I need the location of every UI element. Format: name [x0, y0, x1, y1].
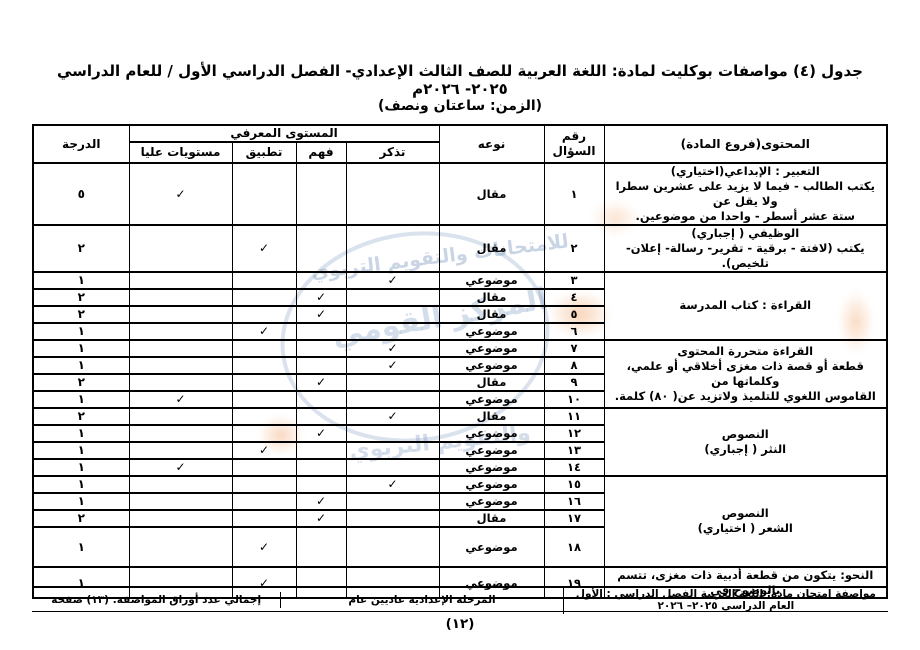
question-type-cell: مقال	[439, 374, 544, 391]
level-application-cell: ✓	[232, 225, 296, 272]
level-recall-cell	[346, 289, 439, 306]
level-application-cell	[232, 340, 296, 357]
level-comprehension-cell: ✓	[296, 306, 346, 323]
level-higher-levels-cell	[129, 289, 232, 306]
level-recall-cell	[346, 493, 439, 510]
level-comprehension-cell	[296, 163, 346, 225]
question-type-cell: مقال	[439, 306, 544, 323]
header-higher-levels: مستويات عليا	[129, 142, 232, 163]
level-application-cell	[232, 163, 296, 225]
level-application-cell	[232, 272, 296, 289]
degree-cell: ٢	[33, 374, 129, 391]
level-higher-levels-cell	[129, 527, 232, 567]
degree-cell: ٢	[33, 289, 129, 306]
degree-cell: ١	[33, 493, 129, 510]
question-number-cell: ٢	[544, 225, 604, 272]
table-row: الوظيفي ( إجباري)يكتب (لافتة - برقية - ت…	[33, 225, 887, 272]
question-type-cell: موضوعي	[439, 272, 544, 289]
level-recall-cell	[346, 391, 439, 408]
content-line: النصوص	[608, 427, 884, 442]
content-cell: التعبير : الإبداعي(اختياري)يكتب الطالب -…	[604, 163, 887, 225]
level-application-cell: ✓	[232, 527, 296, 567]
question-number-cell: ٨	[544, 357, 604, 374]
level-comprehension-cell	[296, 527, 346, 567]
exam-duration: (الزمن: ساعتان ونصف)	[0, 98, 920, 114]
question-number-cell: ١٣	[544, 442, 604, 459]
content-line: النصوص	[608, 506, 884, 521]
level-higher-levels-cell	[129, 493, 232, 510]
header-degree: الدرجة	[33, 125, 129, 163]
question-number-cell: ٧	[544, 340, 604, 357]
level-higher-levels-cell: ✓	[129, 391, 232, 408]
level-recall-cell: ✓	[346, 408, 439, 425]
level-higher-levels-cell: ✓	[129, 459, 232, 476]
level-higher-levels-cell	[129, 340, 232, 357]
question-type-cell: موضوعي	[439, 527, 544, 567]
degree-cell: ١	[33, 425, 129, 442]
degree-cell: ١	[33, 476, 129, 493]
question-type-cell: مقال	[439, 510, 544, 527]
level-application-cell: ✓	[232, 442, 296, 459]
content-cell: النصوصالنثر ( إجباري)	[604, 408, 887, 476]
level-application-cell	[232, 476, 296, 493]
footer-spec-info: مواصفة امتحان مادة: اللغة العربية الفصل …	[563, 586, 888, 614]
question-type-cell: موضوعي	[439, 340, 544, 357]
degree-cell: ٥	[33, 163, 129, 225]
content-line: النثر ( إجباري)	[608, 442, 884, 457]
content-line: قطعة أو قصة ذات مغزى أخلاقي أو علمي، وكل…	[608, 359, 884, 389]
degree-cell: ١	[33, 391, 129, 408]
question-number-cell: ١٦	[544, 493, 604, 510]
level-higher-levels-cell	[129, 357, 232, 374]
level-recall-cell	[346, 323, 439, 340]
level-application-cell	[232, 493, 296, 510]
content-cell: النصوصالشعر ( اختياري)	[604, 476, 887, 567]
level-higher-levels-cell	[129, 408, 232, 425]
page-number: (١٢)	[0, 616, 920, 632]
header-cognitive-level: المستوى المعرفي	[129, 125, 439, 142]
level-comprehension-cell: ✓	[296, 425, 346, 442]
question-type-cell: موضوعي	[439, 442, 544, 459]
level-recall-cell: ✓	[346, 272, 439, 289]
level-higher-levels-cell	[129, 476, 232, 493]
content-line: يكتب الطالب - فيما لا يزيد على عشرين سطر…	[608, 179, 884, 209]
degree-cell: ٢	[33, 306, 129, 323]
content-cell: القراءة متحررة المحتوىقطعة أو قصة ذات مغ…	[604, 340, 887, 408]
question-type-cell: موضوعي	[439, 476, 544, 493]
footer-stage-info: المرحلة الإعدادية عاديين عام	[280, 592, 562, 608]
header-content: المحتوى(فروع المادة)	[604, 125, 887, 163]
content-line: التعبير : الإبداعي(اختياري)	[608, 164, 884, 179]
question-number-cell: ١٧	[544, 510, 604, 527]
specifications-table: المحتوى(فروع المادة) رقم السؤال نوعه الم…	[32, 124, 888, 599]
question-type-cell: مقال	[439, 225, 544, 272]
level-higher-levels-cell	[129, 225, 232, 272]
level-comprehension-cell	[296, 408, 346, 425]
question-type-cell: موضوعي	[439, 425, 544, 442]
question-number-cell: ١٨	[544, 527, 604, 567]
level-comprehension-cell	[296, 272, 346, 289]
question-type-cell: مقال	[439, 289, 544, 306]
degree-cell: ١	[33, 340, 129, 357]
level-recall-cell: ✓	[346, 357, 439, 374]
level-higher-levels-cell	[129, 306, 232, 323]
level-comprehension-cell	[296, 442, 346, 459]
question-number-cell: ١	[544, 163, 604, 225]
header-comprehension: فهم	[296, 142, 346, 163]
degree-cell: ١	[33, 527, 129, 567]
degree-cell: ٢	[33, 510, 129, 527]
content-line: الوظيفي ( إجباري)	[608, 226, 884, 241]
level-recall-cell	[346, 306, 439, 323]
level-recall-cell	[346, 225, 439, 272]
level-higher-levels-cell	[129, 272, 232, 289]
degree-cell: ١	[33, 442, 129, 459]
table-row: النصوصالنثر ( إجباري)١١مقال✓٢	[33, 408, 887, 425]
degree-cell: ١	[33, 459, 129, 476]
document-title: جدول (٤) مواصفات بوكليت لمادة: اللغة الع…	[55, 62, 865, 98]
level-recall-cell	[346, 459, 439, 476]
level-comprehension-cell	[296, 459, 346, 476]
level-comprehension-cell: ✓	[296, 289, 346, 306]
degree-cell: ٢	[33, 408, 129, 425]
question-number-cell: ٥	[544, 306, 604, 323]
level-recall-cell	[346, 510, 439, 527]
table-row: النصوصالشعر ( اختياري)١٥موضوعي✓١	[33, 476, 887, 493]
level-higher-levels-cell: ✓	[129, 163, 232, 225]
header-question-type: نوعه	[439, 125, 544, 163]
content-line: القراءة : كتاب المدرسة	[608, 298, 884, 313]
content-line: القراءة متحررة المحتوى	[608, 344, 884, 359]
level-application-cell	[232, 357, 296, 374]
level-application-cell: ✓	[232, 323, 296, 340]
level-application-cell	[232, 289, 296, 306]
header-recall: تذكر	[346, 142, 439, 163]
question-number-cell: ١٤	[544, 459, 604, 476]
header-application: تطبيق	[232, 142, 296, 163]
content-line: الشعر ( اختياري)	[608, 521, 884, 536]
level-comprehension-cell	[296, 391, 346, 408]
level-comprehension-cell: ✓	[296, 510, 346, 527]
level-higher-levels-cell	[129, 442, 232, 459]
level-higher-levels-cell	[129, 374, 232, 391]
level-application-cell	[232, 425, 296, 442]
question-type-cell: موضوعي	[439, 323, 544, 340]
level-recall-cell	[346, 374, 439, 391]
question-number-cell: ١٠	[544, 391, 604, 408]
level-comprehension-cell	[296, 357, 346, 374]
question-number-cell: ١١	[544, 408, 604, 425]
level-comprehension-cell: ✓	[296, 493, 346, 510]
table-row: القراءة متحررة المحتوىقطعة أو قصة ذات مغ…	[33, 340, 887, 357]
footer-pages-count: إجمالي عدد أوراق المواصفة: (١٣) صفحة	[32, 592, 280, 608]
level-higher-levels-cell	[129, 510, 232, 527]
content-cell: القراءة : كتاب المدرسة	[604, 272, 887, 340]
question-number-cell: ١٥	[544, 476, 604, 493]
level-application-cell	[232, 459, 296, 476]
question-number-cell: ١٢	[544, 425, 604, 442]
table-row: القراءة : كتاب المدرسة٣موضوعي✓١	[33, 272, 887, 289]
question-number-cell: ٣	[544, 272, 604, 289]
level-higher-levels-cell	[129, 425, 232, 442]
content-line: القاموس اللغوي للتلميذ ولاتزيد عن( ٨٠) ك…	[608, 389, 884, 404]
degree-cell: ١	[33, 323, 129, 340]
content-line: يكتب (لافتة - برقية - تقرير- رسالة- إعلا…	[608, 241, 884, 271]
degree-cell: ١	[33, 357, 129, 374]
level-application-cell	[232, 391, 296, 408]
level-recall-cell	[346, 163, 439, 225]
question-type-cell: موضوعي	[439, 459, 544, 476]
level-comprehension-cell: ✓	[296, 374, 346, 391]
table-header: المحتوى(فروع المادة) رقم السؤال نوعه الم…	[33, 125, 887, 163]
level-recall-cell	[346, 442, 439, 459]
level-comprehension-cell	[296, 476, 346, 493]
degree-cell: ١	[33, 272, 129, 289]
level-recall-cell	[346, 425, 439, 442]
level-application-cell	[232, 408, 296, 425]
header-question-number: رقم السؤال	[544, 125, 604, 163]
question-number-cell: ٤	[544, 289, 604, 306]
question-type-cell: موضوعي	[439, 357, 544, 374]
question-type-cell: مقال	[439, 408, 544, 425]
level-recall-cell: ✓	[346, 340, 439, 357]
question-number-cell: ٦	[544, 323, 604, 340]
table-row: التعبير : الإبداعي(اختياري)يكتب الطالب -…	[33, 163, 887, 225]
level-recall-cell	[346, 527, 439, 567]
level-comprehension-cell	[296, 225, 346, 272]
question-type-cell: موضوعي	[439, 391, 544, 408]
question-type-cell: مقال	[439, 163, 544, 225]
level-application-cell	[232, 374, 296, 391]
level-application-cell	[232, 306, 296, 323]
question-type-cell: موضوعي	[439, 493, 544, 510]
level-comprehension-cell	[296, 323, 346, 340]
question-number-cell: ٩	[544, 374, 604, 391]
table-body: التعبير : الإبداعي(اختياري)يكتب الطالب -…	[33, 163, 887, 598]
degree-cell: ٢	[33, 225, 129, 272]
content-cell: الوظيفي ( إجباري)يكتب (لافتة - برقية - ت…	[604, 225, 887, 272]
level-application-cell	[232, 510, 296, 527]
level-higher-levels-cell	[129, 323, 232, 340]
page-footer: مواصفة امتحان مادة: اللغة العربية الفصل …	[32, 586, 888, 612]
level-comprehension-cell	[296, 340, 346, 357]
level-recall-cell: ✓	[346, 476, 439, 493]
content-line: ستة عشر أسطر - واحدا من موضوعين.	[608, 209, 884, 224]
